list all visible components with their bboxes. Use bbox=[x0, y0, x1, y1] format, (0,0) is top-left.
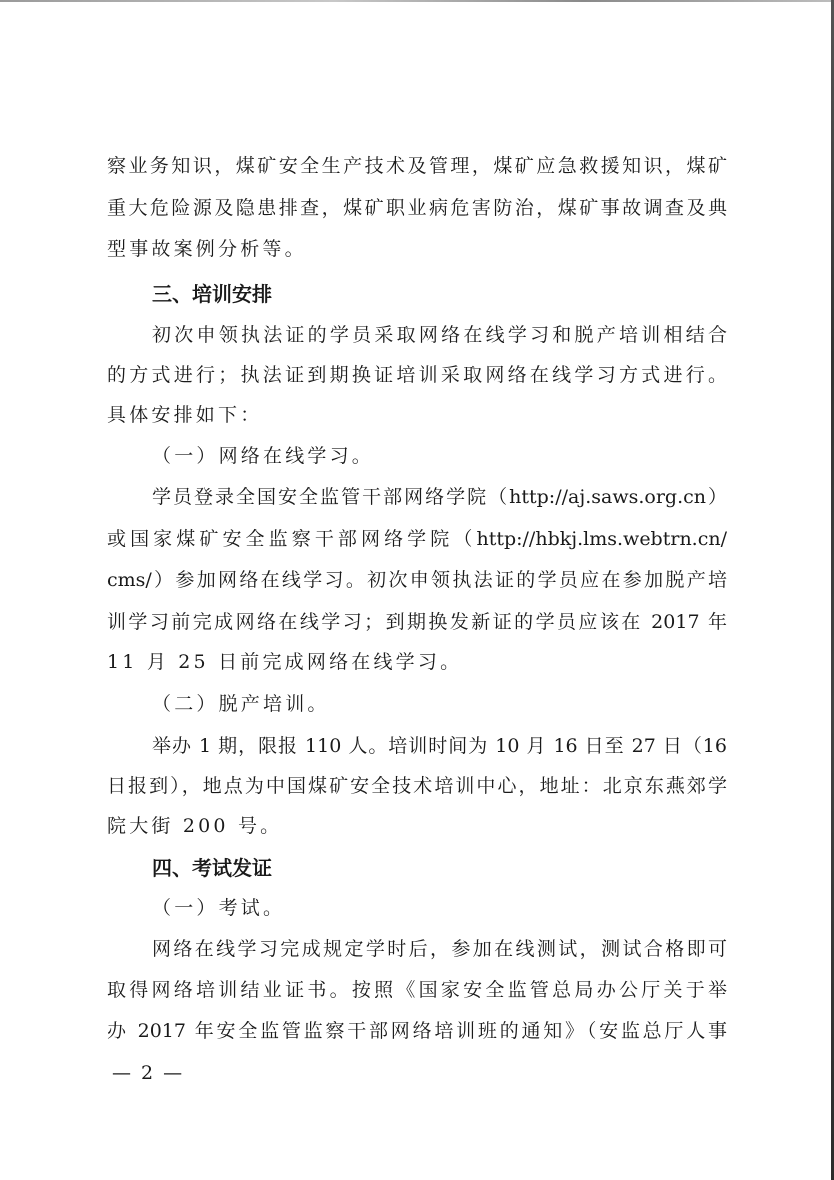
body-line: 网络在线学习完成规定学时后，参加在线测试，测试合格即可 bbox=[152, 934, 727, 964]
section-heading-3: 三、培训安排 bbox=[152, 279, 727, 309]
body-line: 学员登录全国安全监管干部网络学院（http://aj.saws.org.cn） bbox=[152, 482, 727, 512]
body-line: 的方式进行；执法证到期换证培训采取网络在线学习方式进行。 bbox=[107, 360, 727, 390]
body-line: 11 月 25 日前完成网络在线学习。 bbox=[107, 647, 727, 677]
body-line: 训学习前完成网络在线学习；到期换发新证的学员应该在 2017 年 bbox=[107, 607, 727, 637]
body-line: cms/）参加网络在线学习。初次申领执法证的学员应在参加脱产培 bbox=[107, 565, 727, 595]
subheading-online-learning: （一）网络在线学习。 bbox=[152, 441, 727, 471]
document-page: 察业务知识，煤矿安全生产技术及管理，煤矿应急救援知识，煤矿 重大危险源及隐患排查… bbox=[0, 0, 834, 1180]
body-line: 具体安排如下： bbox=[107, 400, 727, 430]
section-heading-4: 四、考试发证 bbox=[152, 853, 727, 883]
subheading-exam: （一）考试。 bbox=[152, 893, 727, 923]
body-line: 院大街 200 号。 bbox=[107, 811, 727, 841]
body-line: 或国家煤矿安全监察干部网络学院（http://hbkj.lms.webtrn.c… bbox=[107, 524, 727, 554]
body-line: 重大危险源及隐患排查，煤矿职业病危害防治，煤矿事故调查及典 bbox=[107, 193, 727, 223]
body-line: 举办 1 期，限报 110 人。培训时间为 10 月 16 日至 27 日（16 bbox=[152, 731, 727, 761]
body-line: 初次申领执法证的学员采取网络在线学习和脱产培训相结合 bbox=[152, 320, 727, 350]
body-line: 察业务知识，煤矿安全生产技术及管理，煤矿应急救援知识，煤矿 bbox=[107, 151, 727, 181]
page-number: — 2 — bbox=[112, 1059, 184, 1087]
body-line: 日报到），地点为中国煤矿安全技术培训中心，地址：北京东燕郊学 bbox=[107, 771, 727, 801]
subheading-offline-training: （二）脱产培训。 bbox=[152, 689, 727, 719]
body-line: 型事故案例分析等。 bbox=[107, 234, 727, 264]
body-line: 办 2017 年安全监管监察干部网络培训班的通知》（安监总厅人事 bbox=[107, 1016, 727, 1046]
body-line: 取得网络培训结业证书。按照《国家安全监管总局办公厅关于举 bbox=[107, 975, 727, 1005]
